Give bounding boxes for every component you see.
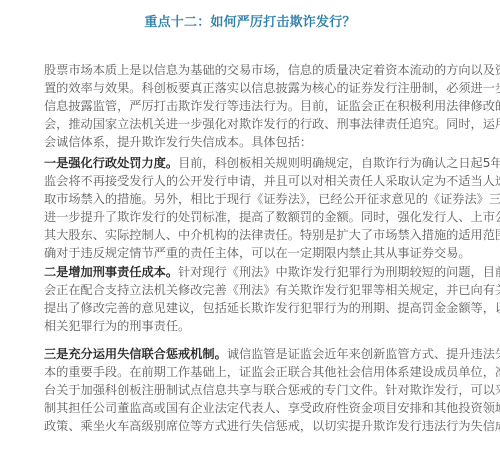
text-line: 提出了修改完善的意见建议，包括延长欺诈发行犯罪行为的刑期、提高罚金金额等，以加大: [44, 300, 484, 318]
text-line: 股票市场本质上是以信息为基础的交易市场，信息的质量决定着资本流动的方向以及资源配: [44, 62, 484, 80]
text-line: 相关犯罪行为的刑事责任。: [44, 318, 484, 336]
text-line: 进一步提升了欺诈发行的处罚标准，提高了数额罚的金额。同时，强化发行人、上市公司及: [44, 209, 484, 227]
point-three-heading: 三是充分运用失信联合惩戒机制。: [44, 347, 227, 361]
text-line: 政策、乘坐火车高级别席位等方式进行失信惩戒，以切实提升欺诈发行违法行为失信成本。: [44, 418, 484, 436]
text-line: 会正在配合支持立法机关修改完善《刑法》有关欺诈发行犯罪等相关规定，并已向有关部门: [44, 282, 484, 300]
text-line: 置的效率与效果。科创板要真正落实以信息披露为核心的证券发行注册制，必须进一步加强: [44, 80, 484, 98]
section-title: 重点十二：如何严厉打击欺诈发行？: [0, 11, 500, 30]
point-one-paragraph: 一是强化行政处罚力度。目前，科创板相关规则明确规定，自欺诈行为确认之日起5年内，…: [44, 155, 484, 262]
text-line: 会，推动国家立法机关进一步强化对欺诈发行的行政、刑事法律责任追究。同时，运用好社: [44, 116, 484, 134]
text-line: 监会将不再接受发行人的公开发行申请，并且可以对相关责任人采取认定为不适当人选或采: [44, 173, 484, 191]
text-line: 制其担任公司董监高或国有企业法定代表人、享受政府性资金项目安排和其他投资领域优惠: [44, 400, 484, 418]
text-line: 取市场禁入的措施。另外，相比于现行《证券法》，已经公开征求意见的《证券法》三读稿: [44, 191, 484, 209]
text-line: 会诚信体系，提升欺诈发行失信成本。具体包括：: [44, 134, 484, 152]
text-fragment: 针对现行《刑法》中欺诈发行犯罪行为刑期较短的问题，目前证监: [178, 265, 500, 279]
point-two-heading: 二是增加刑事责任成本。: [44, 265, 178, 279]
point-one-heading: 一是强化行政处罚力度。: [44, 156, 178, 170]
text-line: 三是充分运用失信联合惩戒机制。诚信监管是证监会近年来创新监管方式、提升违法失信成: [44, 346, 484, 364]
text-fragment: 目前，科创板相关规则明确规定，自欺诈行为确认之日起5年内，证: [178, 156, 500, 170]
text-line: 其大股东、实际控制人、中介机构的法律责任。特别是扩大了市场禁入措施的适用范围，明: [44, 227, 484, 245]
text-line: 一是强化行政处罚力度。目前，科创板相关规则明确规定，自欺诈行为确认之日起5年内，…: [44, 155, 484, 173]
text-fragment: 诚信监管是证监会近年来创新监管方式、提升违法失信成: [227, 347, 500, 361]
point-two-paragraph: 二是增加刑事责任成本。针对现行《刑法》中欺诈发行犯罪行为刑期较短的问题，目前证监…: [44, 264, 484, 336]
intro-paragraph: 股票市场本质上是以信息为基础的交易市场，信息的质量决定着资本流动的方向以及资源配…: [44, 62, 484, 152]
point-three-paragraph: 三是充分运用失信联合惩戒机制。诚信监管是证监会近年来创新监管方式、提升违法失信成…: [44, 346, 484, 436]
text-line: 信息披露监管，严厉打击欺诈发行等违法行为。目前，证监会正在积极利用法律修改的机: [44, 98, 484, 116]
text-line: 二是增加刑事责任成本。针对现行《刑法》中欺诈发行犯罪行为刑期较短的问题，目前证监: [44, 264, 484, 282]
text-line: 台关于加强科创板注册制试点信息共享与联合惩戒的专门文件。针对欺诈发行，可以采取限: [44, 382, 484, 400]
text-line: 本的重要手段。在前期工作基础上，证监会正联合其他社会信用体系建设成员单位，准备出: [44, 364, 484, 382]
text-line: 确对于违反规定情节严重的责任主体，可以在一定期限内禁止其从事证券交易。: [44, 245, 484, 263]
